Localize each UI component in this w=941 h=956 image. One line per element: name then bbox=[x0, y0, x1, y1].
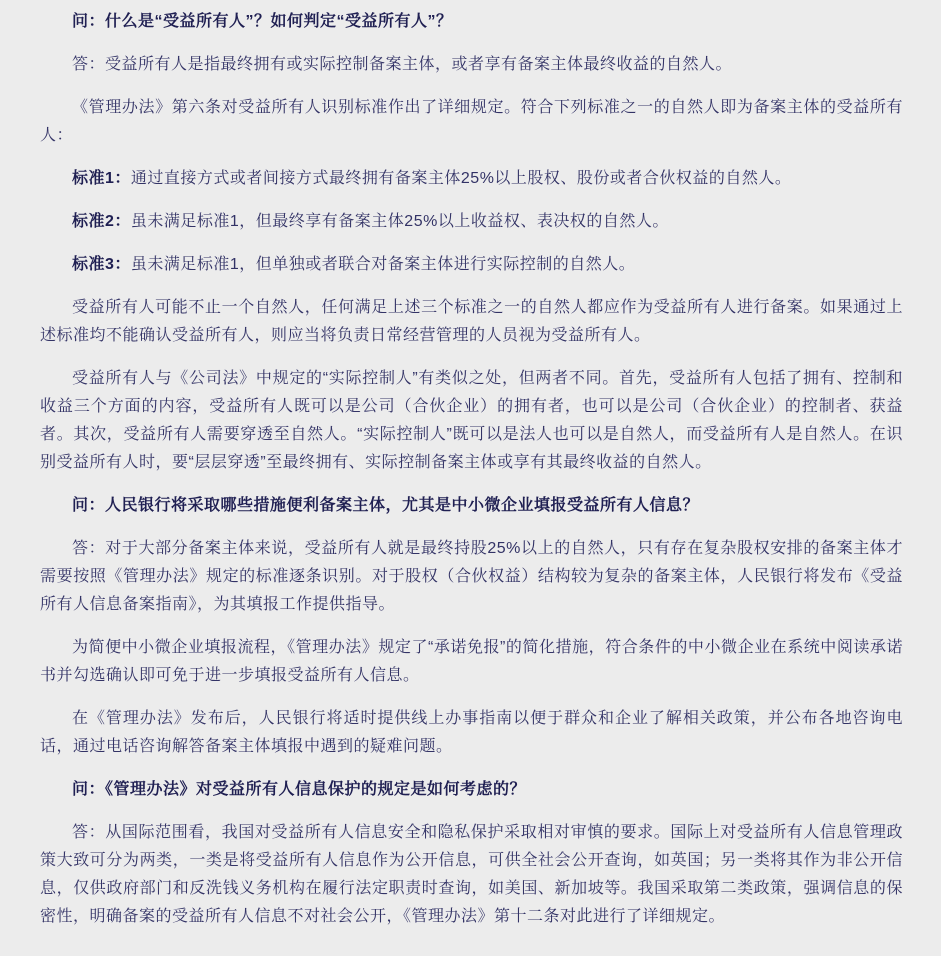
answer-paragraph: 《管理办法》第六条对受益所有人识别标准作出了详细规定。符合下列标准之一的自然人即… bbox=[40, 94, 903, 150]
standard-text: 虽未满足标准1，但单独或者联合对备案主体进行实际控制的自然人。 bbox=[131, 256, 635, 273]
standard-text: 虽未满足标准1，但最终享有备案主体25%以上收益权、表决权的自然人。 bbox=[131, 213, 669, 230]
answer-paragraph: 答：对于大部分备案主体来说，受益所有人就是最终持股25%以上的自然人，只有存在复… bbox=[40, 535, 903, 619]
standard-paragraph: 标准1：通过直接方式或者间接方式最终拥有备案主体25%以上股权、股份或者合伙权益… bbox=[40, 165, 903, 193]
answer-paragraph: 为简便中小微企业填报流程，《管理办法》规定了“承诺免报”的简化措施，符合条件的中… bbox=[40, 634, 903, 690]
standard-paragraph: 标准2：虽未满足标准1，但最终享有备案主体25%以上收益权、表决权的自然人。 bbox=[40, 208, 903, 236]
question-paragraph: 问：人民银行将采取哪些措施便利备案主体，尤其是中小微企业填报受益所有人信息？ bbox=[40, 492, 903, 520]
standard-label: 标准3： bbox=[72, 256, 131, 273]
question-paragraph: 问：什么是“受益所有人”？如何判定“受益所有人”？ bbox=[40, 8, 903, 36]
answer-paragraph: 受益所有人与《公司法》中规定的“实际控制人”有类似之处，但两者不同。首先，受益所… bbox=[40, 365, 903, 477]
answer-paragraph: 受益所有人可能不止一个自然人，任何满足上述三个标准之一的自然人都应作为受益所有人… bbox=[40, 294, 903, 350]
standard-text: 通过直接方式或者间接方式最终拥有备案主体25%以上股权、股份或者合伙权益的自然人… bbox=[131, 170, 792, 187]
answer-paragraph: 在《管理办法》发布后，人民银行将适时提供线上办事指南以便于群众和企业了解相关政策… bbox=[40, 705, 903, 761]
document-page: { "colors": { "page_background": "#ecece… bbox=[0, 0, 941, 956]
standard-label: 标准2： bbox=[72, 213, 131, 230]
answer-paragraph: 答：受益所有人是指最终拥有或实际控制备案主体，或者享有备案主体最终收益的自然人。 bbox=[40, 51, 903, 79]
standard-paragraph: 标准3：虽未满足标准1，但单独或者联合对备案主体进行实际控制的自然人。 bbox=[40, 251, 903, 279]
article-body: 问：什么是“受益所有人”？如何判定“受益所有人”？ 答：受益所有人是指最终拥有或… bbox=[0, 8, 941, 956]
standard-label: 标准1： bbox=[72, 170, 131, 187]
question-paragraph: 问：《管理办法》对受益所有人信息保护的规定是如何考虑的？ bbox=[40, 776, 903, 804]
